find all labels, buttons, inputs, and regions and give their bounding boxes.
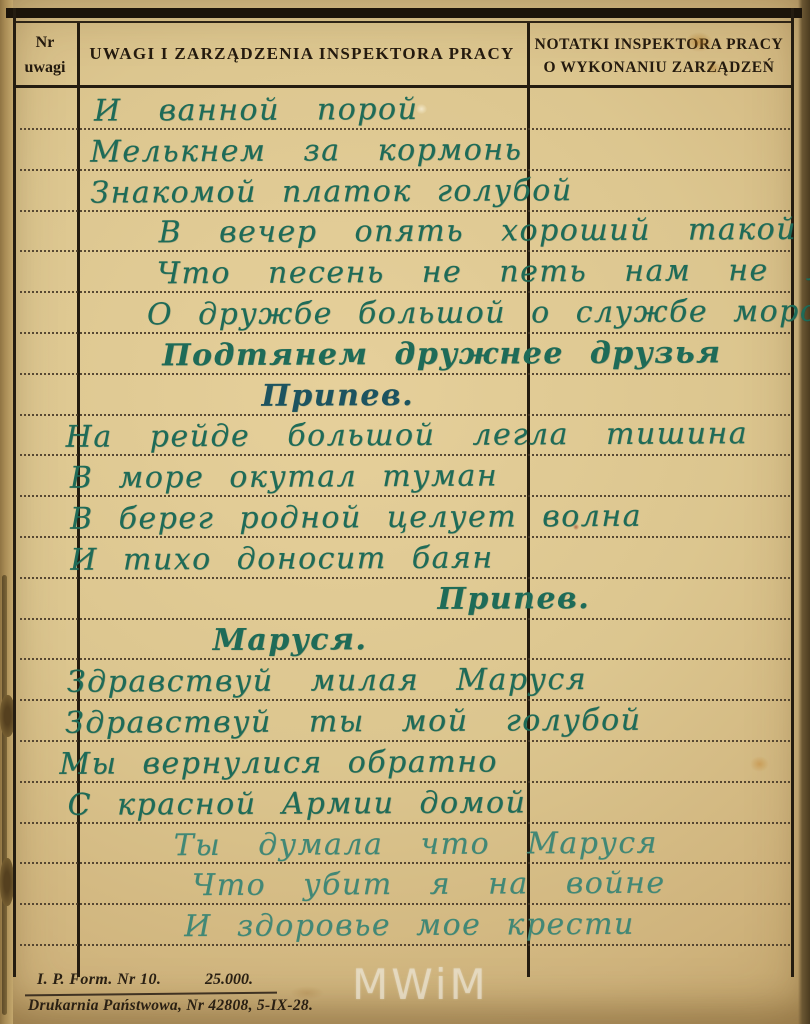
stain	[573, 524, 579, 530]
paper-page: Nr uwagi UWAGI I ZARZĄDZENIA INSPEKTORA …	[0, 0, 810, 1024]
stain	[685, 32, 713, 52]
watermark: MWiM	[352, 960, 489, 1009]
manuscript: И ванной поройМелькнем за кормоньЗнакомо…	[0, 0, 810, 1024]
handwritten-line: В берег родной целует волна	[70, 498, 642, 539]
handwritten-line: Припев.	[437, 580, 590, 619]
footer-printer-line: Drukarnia Państwowa, Nr 42808, 5-IX-28.	[28, 997, 313, 1015]
handwritten-line: И тихо доносит баян	[70, 540, 494, 580]
stain	[416, 104, 427, 114]
handwritten-line: С красной Армии домой	[67, 784, 526, 824]
handwritten-line: На рейде большой легла тишина	[66, 415, 749, 457]
handwritten-line: В море окутал туман	[70, 458, 498, 498]
handwritten-line: Мелькнем за кормонь	[90, 131, 522, 171]
handwritten-line: Здравствуй ты мой голубой	[65, 702, 642, 743]
handwritten-line: И здоровье мое крести	[184, 906, 635, 946]
handwritten-line: Припев.	[261, 377, 414, 416]
handwritten-line: Знакомой платок голубой	[90, 172, 572, 213]
stain	[706, 62, 721, 74]
footer-print-run: 25.000.	[205, 971, 253, 989]
handwritten-line: Подтянем дружнее друзья	[162, 334, 721, 375]
handwritten-line: И ванной порой	[94, 91, 419, 131]
handwritten-line: О дружбе большой о службе морской	[147, 293, 810, 335]
stain	[750, 756, 769, 772]
footer-form-number: I. P. Form. Nr 10.	[37, 971, 161, 989]
handwritten-line: Что убит я на войне	[192, 865, 666, 905]
handwritten-line: В вечер опять хороший такой	[158, 211, 797, 252]
handwritten-line: Что песень не петь нам не льзя	[157, 251, 810, 293]
handwritten-line: Ты думала что Маруся	[174, 825, 658, 866]
handwritten-line: Мы вернулися обратно	[59, 744, 498, 784]
handwritten-line: Здравствуй милая Маруся	[67, 661, 587, 702]
handwritten-line: Маруся.	[213, 621, 368, 660]
